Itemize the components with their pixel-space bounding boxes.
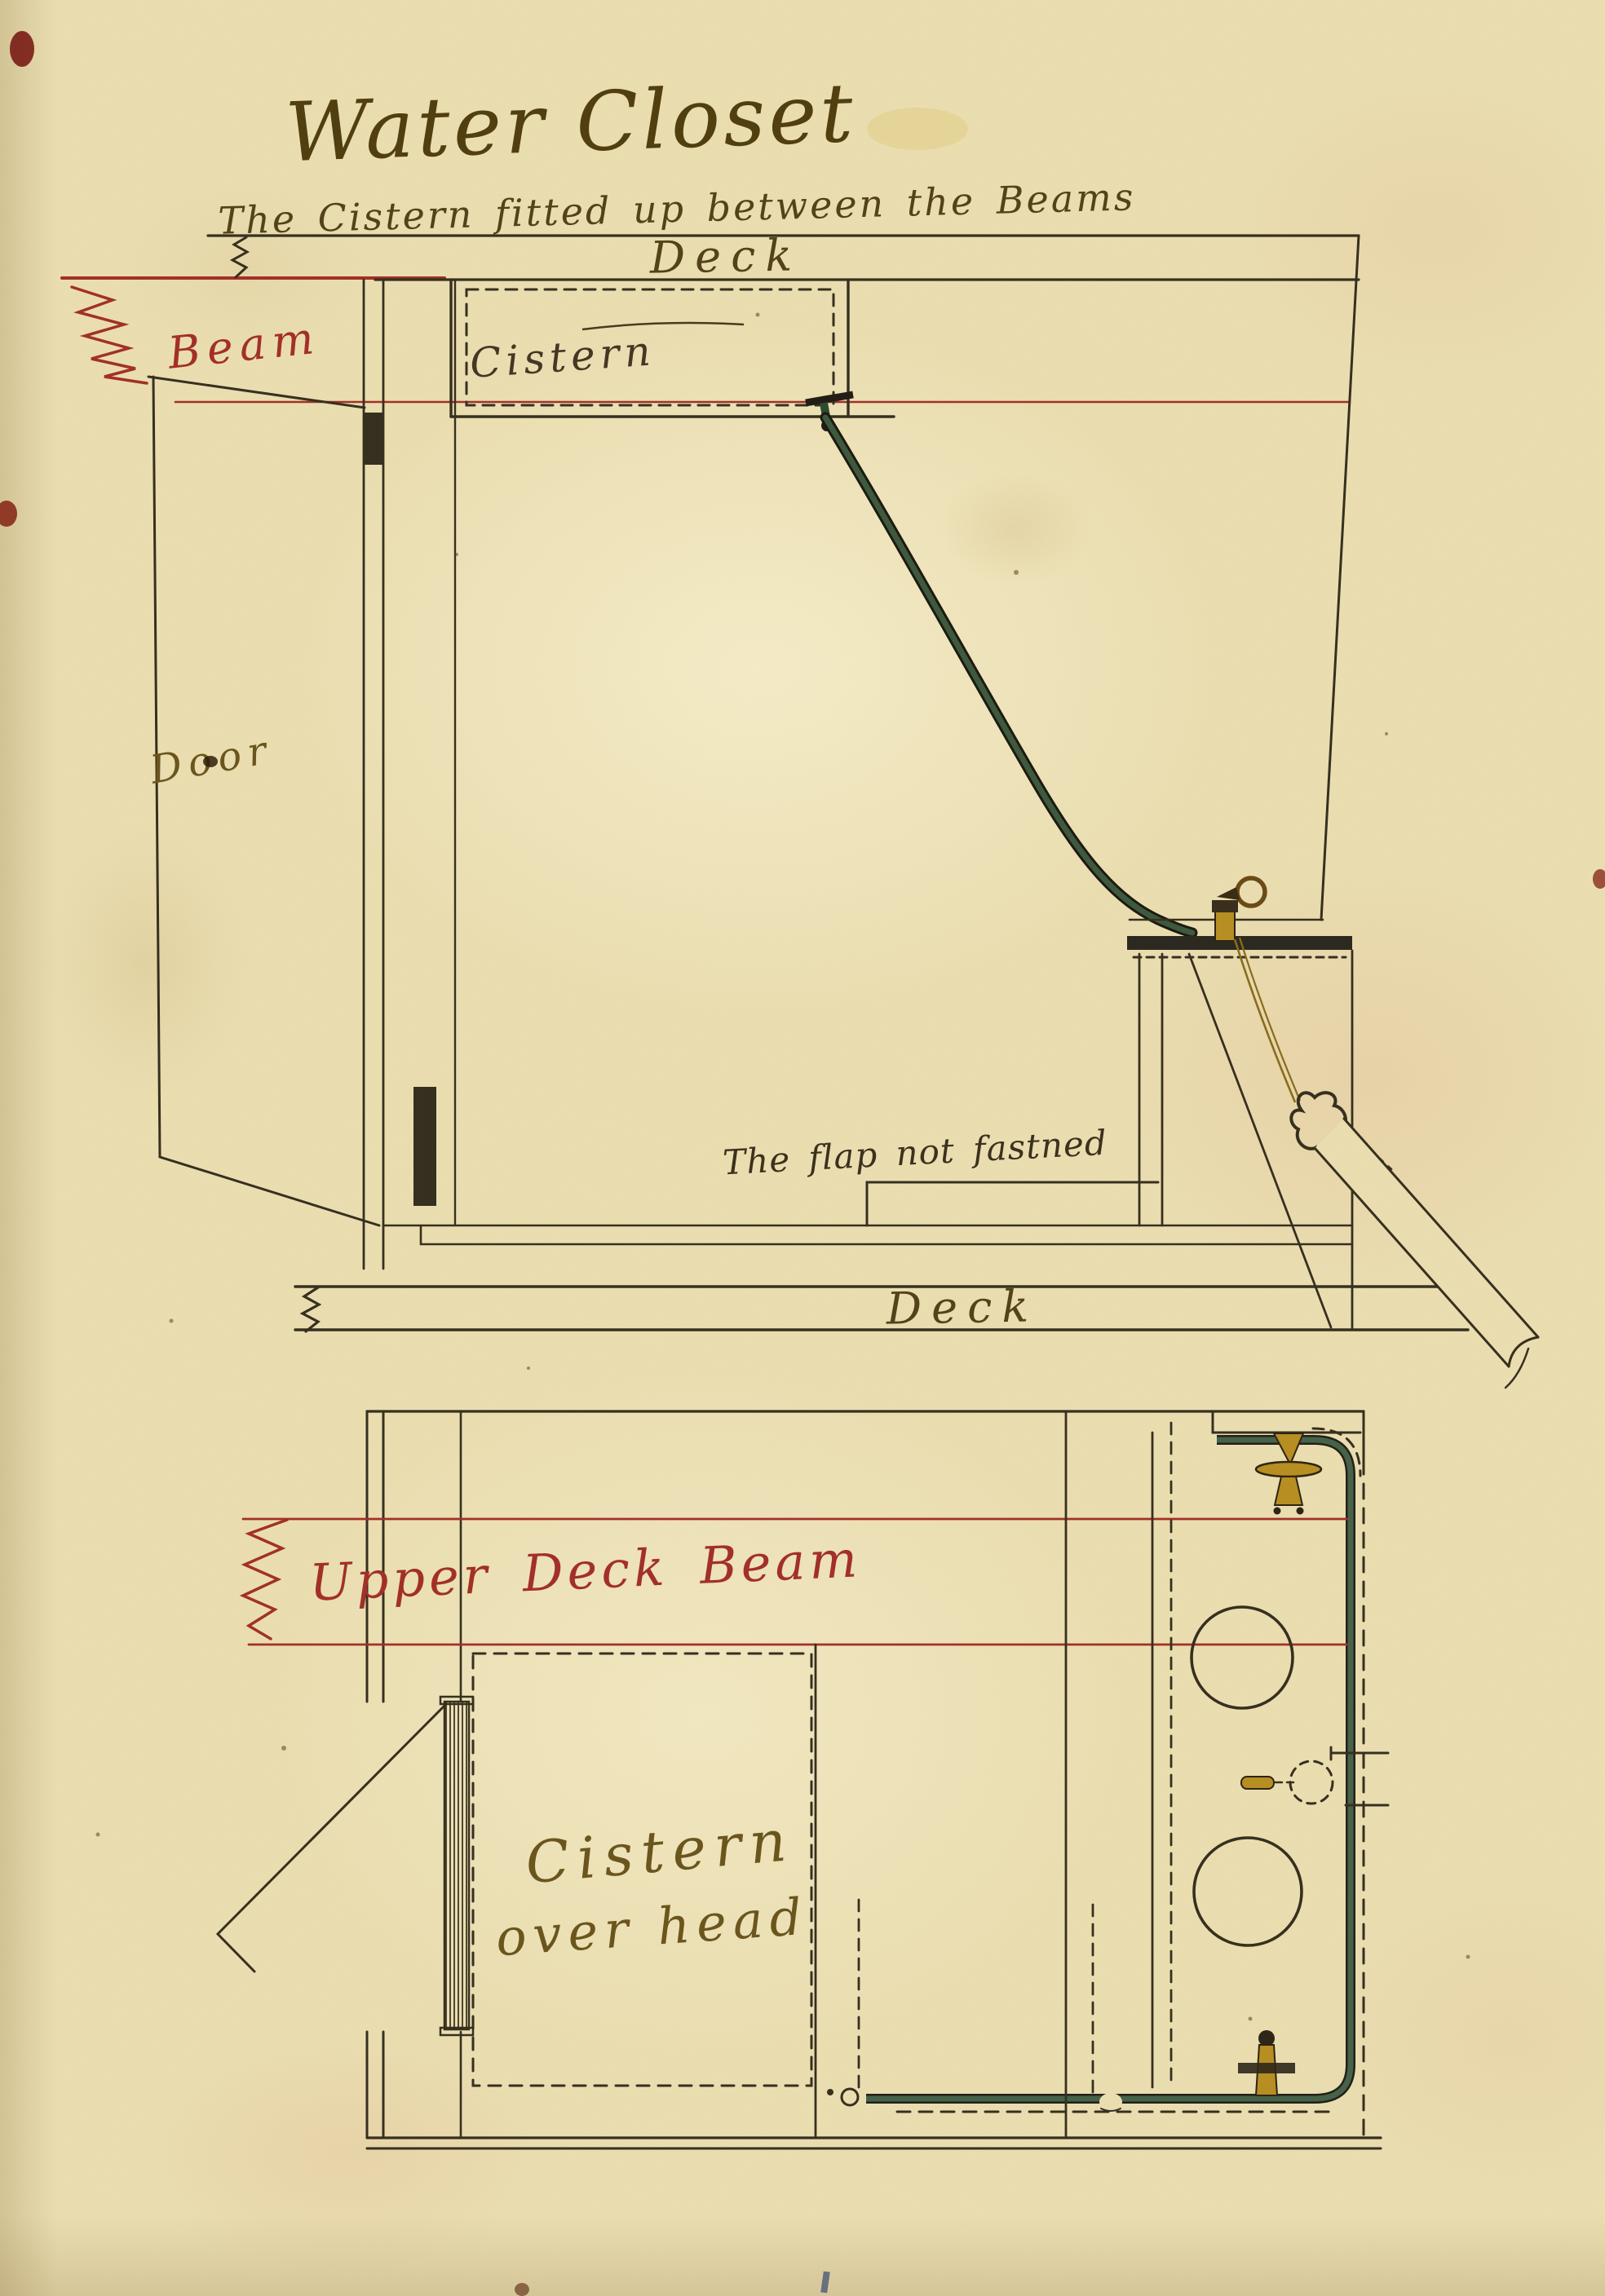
drawing-sheet: Water Closet The Cistern fitted up betwe…: [0, 0, 1605, 2296]
paper-grain: [0, 0, 1605, 2296]
